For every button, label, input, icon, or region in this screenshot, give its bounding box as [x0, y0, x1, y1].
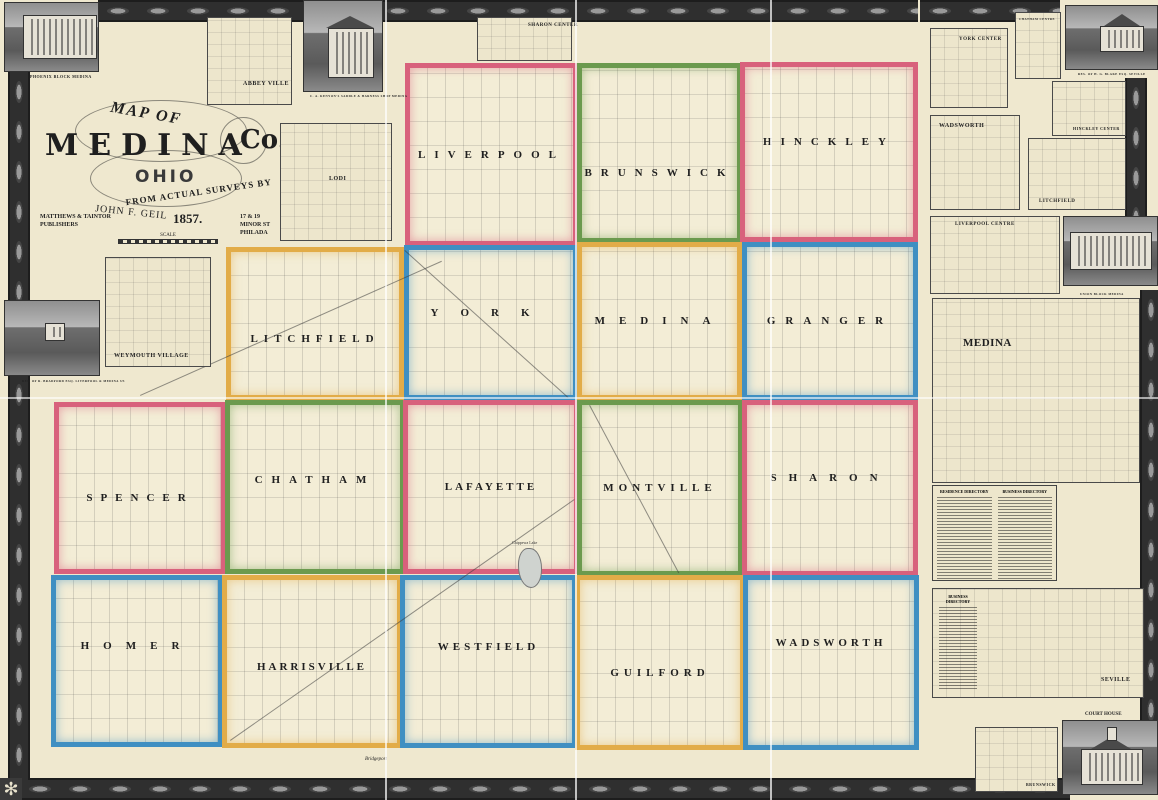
directory-table: RESIDENCE DIRECTORY BUSINESS DIRECTORY — [932, 485, 1057, 581]
township-york[interactable]: YORK — [404, 245, 578, 400]
inset-label: SEVILLE — [1101, 677, 1131, 683]
title-county: MEDINA — [45, 128, 252, 163]
directory-entries — [937, 496, 992, 581]
building-illustration — [1081, 749, 1143, 785]
bottom-border — [20, 778, 1070, 800]
engraving-court-house — [1062, 720, 1158, 795]
township-chatham[interactable]: CHATHAM — [225, 400, 405, 574]
township-label: WESTFIELD — [438, 641, 539, 653]
township-sharon[interactable]: SHARON — [742, 400, 918, 576]
township-label: LAFAYETTE — [445, 481, 537, 493]
caption-phoenix-block: PHOENIX BLOCK MEDINA — [30, 74, 92, 79]
inset-chatham-center[interactable]: CHATHAM CENTRE — [1015, 12, 1061, 79]
township-harrisville[interactable]: HARRISVILLE — [222, 575, 402, 748]
inset-label: CHATHAM CENTRE — [1019, 17, 1055, 21]
fold-line — [770, 0, 772, 800]
township-label: GUILFORD — [610, 667, 709, 679]
inset-hinckley[interactable]: HINCKLEY CENTER — [1052, 81, 1126, 136]
engraving-union-block — [1063, 216, 1158, 286]
township-label: MEDINA — [595, 315, 725, 327]
township-label: SPENCER — [86, 492, 193, 504]
directory-entries — [939, 606, 977, 691]
lake-label: Chippewa Lake — [512, 540, 537, 545]
inset-label: ABBEY VILLE — [243, 81, 289, 87]
chippewa-lake — [518, 548, 542, 588]
building-illustration — [23, 15, 97, 59]
township-label: CHATHAM — [255, 474, 376, 486]
inset-label: LITCHFIELD — [1039, 199, 1075, 204]
township-label: SHARON — [770, 472, 889, 484]
caption-residence: RES. OF H. G. BLAKE ESQ. SEVILLE — [1078, 72, 1146, 76]
caption-west-residence: RES. OF R. BRADFORD ESQ. LIVERPOOL & MED… — [22, 379, 126, 383]
medina-county-map: ✻ MAP OF MEDINA Co. OHIO FROM ACTUAL SUR… — [0, 0, 1158, 800]
township-medina[interactable]: MEDINA — [577, 242, 742, 400]
township-granger[interactable]: GRANGER — [742, 242, 918, 400]
directory-column: RESIDENCE DIRECTORY — [937, 489, 992, 577]
township-label: GRANGER — [767, 315, 893, 327]
engraving-phoenix-block — [4, 2, 99, 72]
inset-brunswick[interactable]: BRUNSWICK — [975, 727, 1058, 792]
left-border-lower — [8, 375, 30, 780]
title-cartouche: MAP OF MEDINA Co. OHIO FROM ACTUAL SURVE… — [40, 95, 280, 245]
scale-ruler — [118, 239, 218, 244]
corner-rosette-icon: ✻ — [0, 778, 22, 800]
township-lafayette[interactable]: LAFAYETTE — [403, 400, 579, 574]
caption-saddle-shop: C. A. KENYON'S SADDLE & HARNESS SHOP MED… — [310, 94, 407, 98]
inset-lodi[interactable]: LODI — [280, 123, 392, 241]
right-border — [1125, 78, 1147, 233]
publisher: MATTHEWS & TAINTOR PUBLISHERS — [40, 213, 111, 229]
inset-liverpool-centre[interactable]: LIVERPOOL CENTRE — [930, 216, 1060, 294]
court-house-label: COURT HOUSE — [1085, 712, 1122, 717]
engraving-residence — [1065, 5, 1158, 70]
township-label: LIVERPOOL — [418, 149, 565, 161]
engraving-saddle-shop — [303, 0, 383, 92]
directory-header: BUSINESS DIRECTORY — [998, 489, 1053, 494]
township-label: MONTVILLE — [603, 482, 716, 494]
inset-label: SHARON CENTER — [528, 23, 578, 28]
township-guilford[interactable]: GUILFORD — [575, 575, 745, 750]
township-hinckley[interactable]: HINCKLEY — [740, 62, 918, 242]
township-label: YORK — [431, 307, 552, 319]
township-brunswick[interactable]: BRUNSWICK — [577, 63, 742, 243]
directory-entries — [998, 496, 1053, 581]
directory-header: RESIDENCE DIRECTORY — [937, 489, 992, 494]
directory-column: BUSINESS DIRECTORY — [939, 594, 977, 688]
building-illustration — [1070, 232, 1152, 270]
fold-line — [0, 397, 1158, 399]
directory-column: BUSINESS DIRECTORY — [998, 489, 1053, 577]
title-year: 1857. — [173, 211, 202, 227]
inset-litchfield[interactable]: LITCHFIELD — [1028, 138, 1126, 210]
township-homer[interactable]: HOMER — [51, 575, 223, 747]
address-street: 17 & 19 MINOR ST — [240, 213, 280, 229]
engraving-west-residence — [4, 300, 100, 376]
inset-label: MEDINA — [963, 337, 1012, 349]
caption-union-block: UNION BLOCK MEDINA — [1080, 292, 1124, 296]
inset-label: BRUNSWICK — [1026, 782, 1056, 787]
inset-york-center[interactable]: YORK CENTER — [930, 28, 1008, 108]
township-spencer[interactable]: SPENCER — [54, 402, 226, 574]
inset-label: HINCKLEY CENTER — [1073, 126, 1120, 131]
building-illustration — [328, 28, 374, 78]
township-label: WADSWORTH — [776, 637, 887, 649]
directory-header: BUSINESS DIRECTORY — [939, 594, 977, 604]
scale-label: SCALE — [118, 233, 218, 238]
township-liverpool[interactable]: LIVERPOOL — [405, 63, 578, 246]
fold-line — [575, 0, 577, 800]
inset-label: WADSWORTH — [939, 123, 984, 129]
inset-sharon-center[interactable]: SHARON CENTER — [477, 17, 572, 61]
building-illustration — [45, 323, 65, 341]
publisher-role: PUBLISHERS — [40, 221, 111, 229]
building-illustration — [1100, 26, 1144, 52]
building-roof — [326, 16, 374, 28]
title-state: OHIO — [135, 167, 196, 187]
fold-line — [385, 0, 387, 800]
scale-bar: SCALE — [118, 233, 218, 244]
inset-medina[interactable]: MEDINA — [932, 298, 1140, 483]
township-label: HARRISVILLE — [257, 661, 367, 673]
building-roof — [1104, 14, 1140, 26]
inset-seville[interactable]: BUSINESS DIRECTORY SEVILLE — [932, 588, 1144, 698]
inset-abbeyville[interactable]: ABBEY VILLE — [207, 17, 292, 105]
township-litchfield[interactable]: LITCHFIELD — [226, 247, 404, 400]
inset-label: LODI — [329, 176, 346, 182]
township-label: HOMER — [81, 640, 194, 652]
left-border — [8, 72, 30, 300]
seville-directory: BUSINESS DIRECTORY — [935, 591, 981, 691]
inset-label: WEYMOUTH VILLAGE — [114, 353, 189, 359]
cupola — [1107, 727, 1117, 741]
township-label: LITCHFIELD — [250, 333, 379, 345]
township-label: HINCKLEY — [763, 136, 895, 148]
bridgeport-label: Bridgeport — [365, 757, 387, 762]
inset-label: YORK CENTER — [959, 37, 1002, 42]
inset-label: LIVERPOOL CENTRE — [955, 222, 1015, 227]
inset-weymouth[interactable]: WEYMOUTH VILLAGE — [105, 257, 211, 367]
publisher-name: MATTHEWS & TAINTOR — [40, 213, 111, 221]
township-label: BRUNSWICK — [584, 167, 734, 179]
inset-wadsworth[interactable]: WADSWORTH — [930, 115, 1020, 210]
address-city: PHILADA — [240, 229, 280, 237]
publisher-address: 17 & 19 MINOR ST PHILADA — [240, 213, 280, 237]
